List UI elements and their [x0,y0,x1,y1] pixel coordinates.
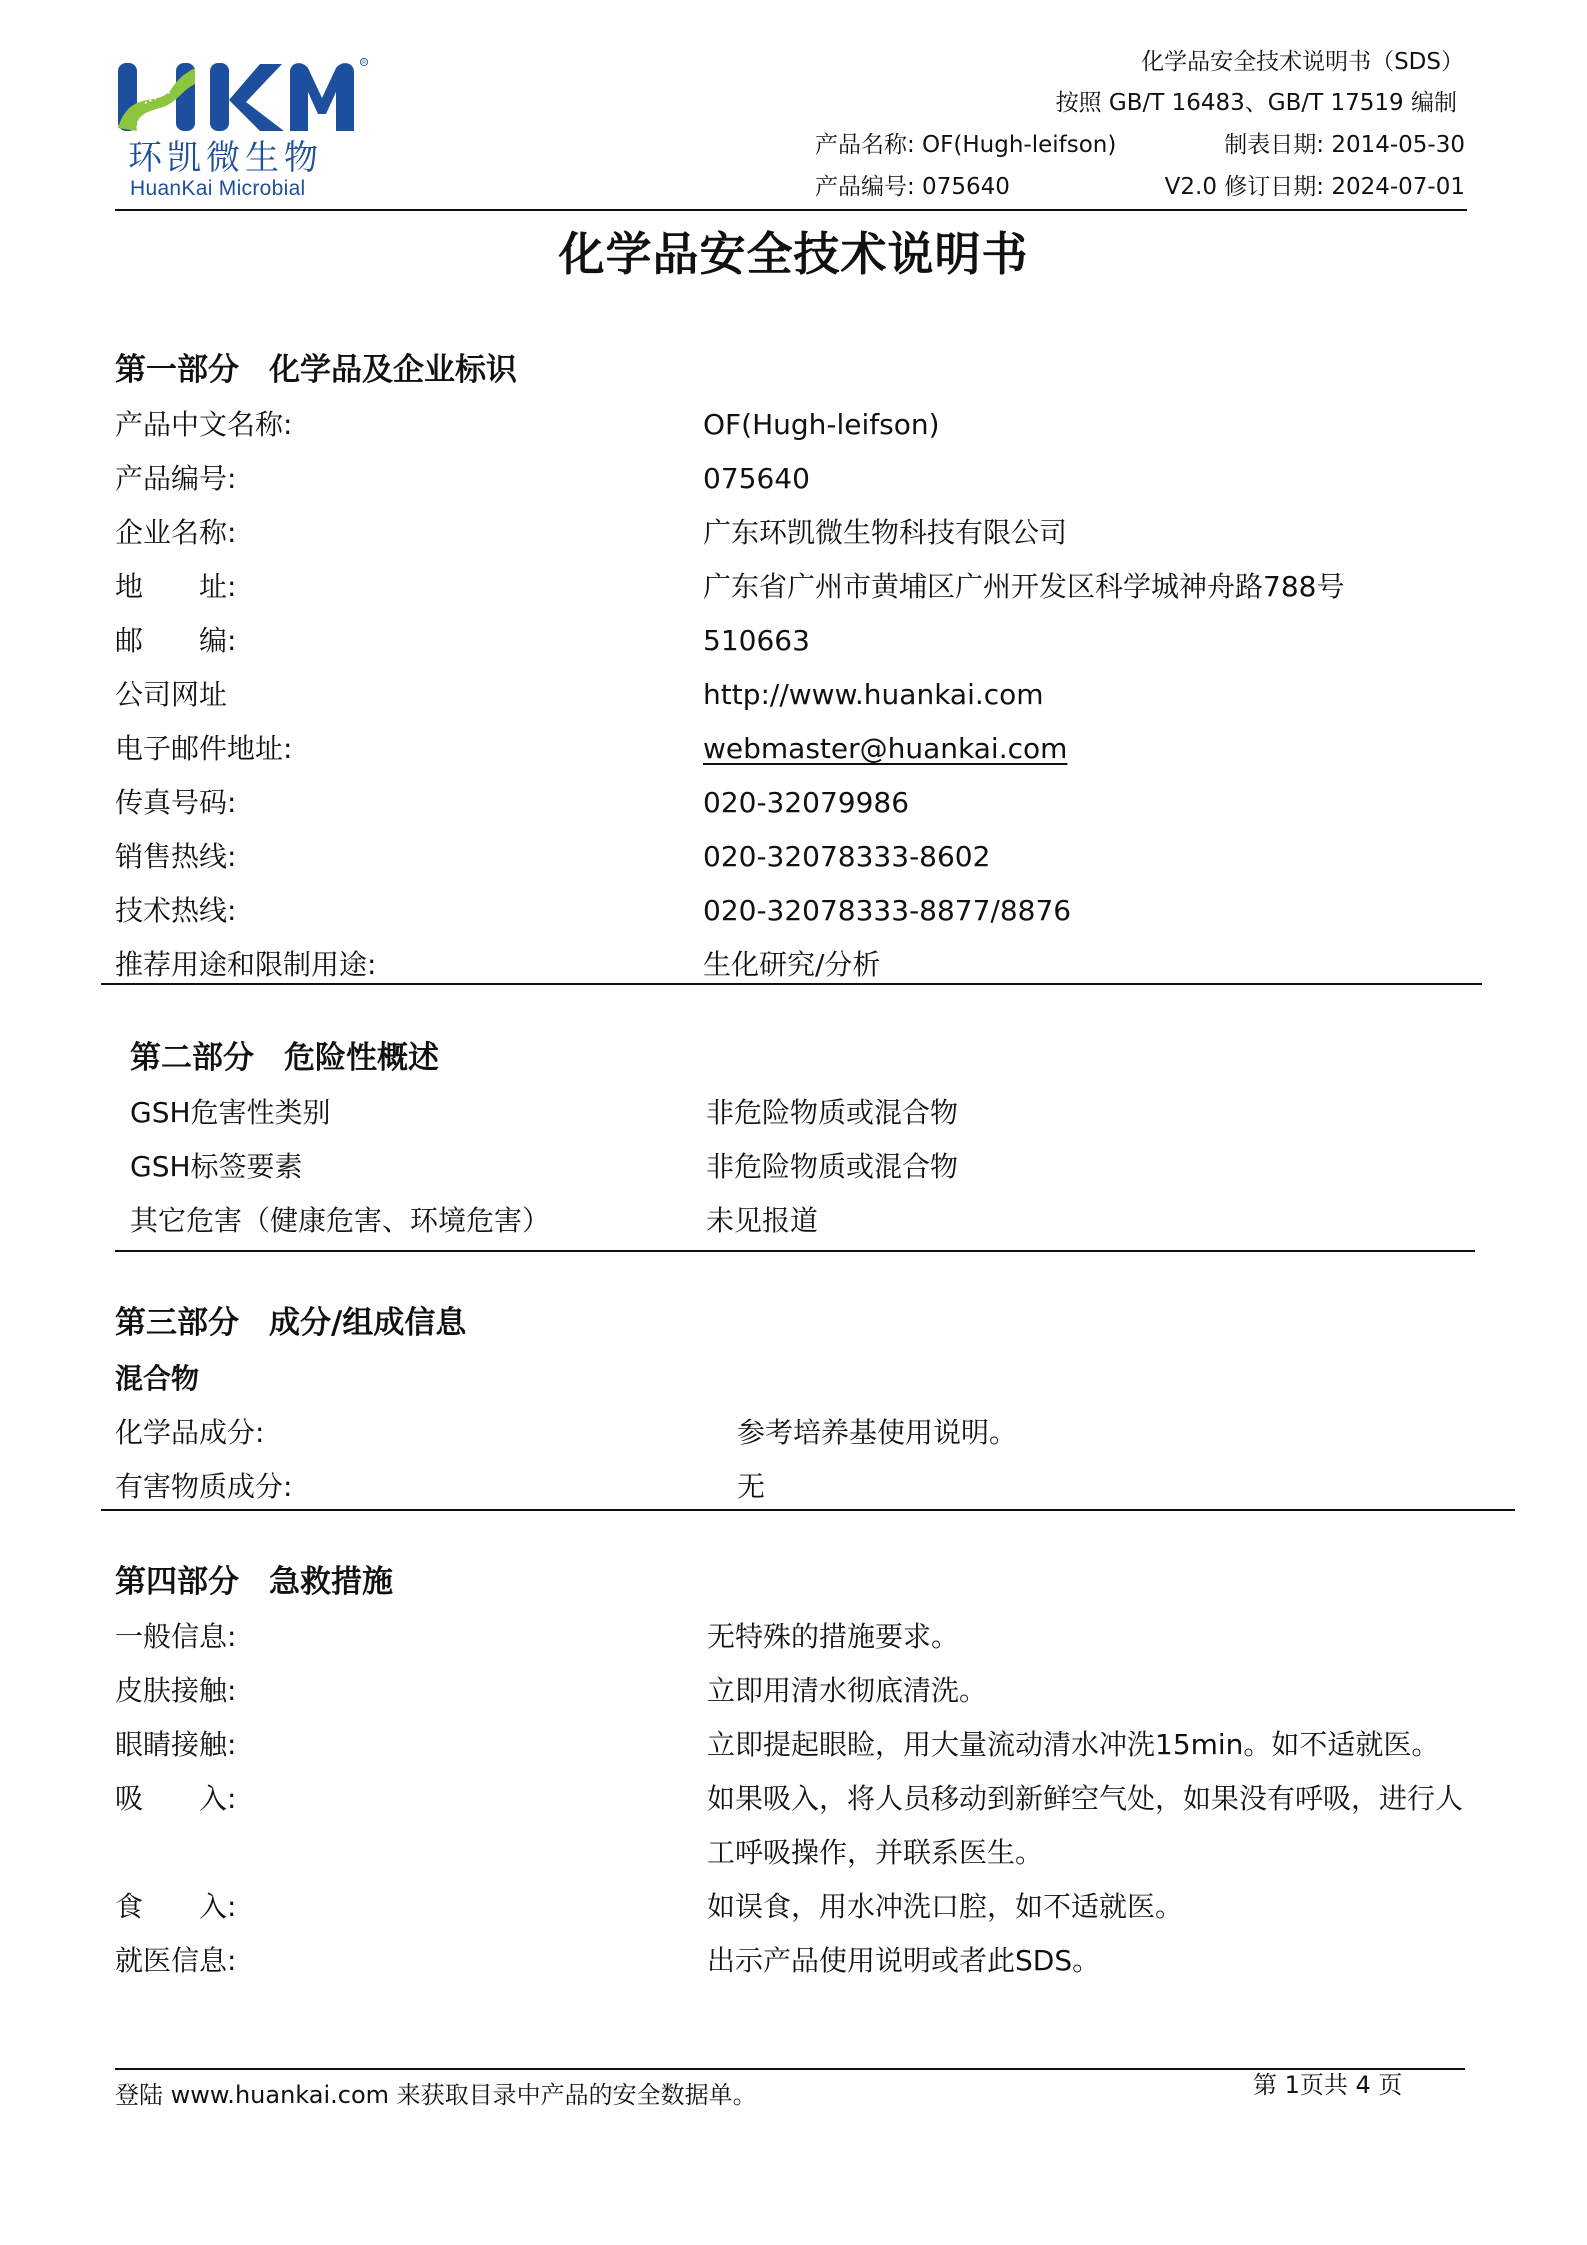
header-created-date: 制表日期: 2014-05-30 [1224,131,1465,159]
company-logo: R 环凯微生物 HuanKai Microbial [110,58,400,203]
row-label: 吸 入: [115,1782,236,1816]
section-3-part: 第三部分 [115,1305,239,1341]
section-1-part: 第一部分 [115,352,239,388]
row-value: OF(Hugh-leifson) [703,408,940,442]
row-value: 如果吸入，将人员移动到新鲜空气处，如果没有呼吸，进行人 [707,1782,1463,1816]
page-counter: 第 1页共 4 页 [1253,2070,1402,2100]
header-standard: 按照 GB/T 16483、GB/T 17519 编制 [1056,89,1457,117]
row-label: 推荐用途和限制用途: [115,948,376,982]
row-value: 020-32079986 [703,786,909,820]
row-value: 立即用清水彻底清洗。 [707,1674,987,1708]
row-label: 电子邮件地址: [115,732,292,766]
row-label: 化学品成分: [115,1416,264,1450]
row-value: 020-32078333-8877/8876 [703,894,1071,928]
row-label: 技术热线: [115,894,236,928]
logo-english-name: HuanKai Microbial [130,178,306,200]
row-value: 广东环凯微生物科技有限公司 [703,516,1067,550]
row-value: 参考培养基使用说明。 [737,1416,1017,1450]
website-link[interactable]: http://www.huankai.com [703,678,1044,712]
header-product-name: 产品名称: OF(Hugh-leifson) [815,131,1116,159]
row-label: 传真号码: [115,786,236,820]
section-3-divider [101,1509,1515,1511]
row-label: 眼睛接触: [115,1728,236,1762]
row-value: 生化研究/分析 [703,948,880,982]
row-value: 未见报道 [706,1204,818,1238]
row-value: 出示产品使用说明或者此SDS。 [707,1944,1100,1978]
header-doc-type: 化学品安全技术说明书（SDS） [1141,48,1464,76]
row-value: 075640 [703,462,810,496]
section-4-heading: 第四部分急救措施 [115,1563,393,1601]
section-2-divider [115,1250,1475,1252]
header-divider [115,209,1467,211]
section-4-part: 第四部分 [115,1564,239,1600]
row-value: 510663 [703,624,810,658]
row-value: 立即提起眼睑，用大量流动清水冲洗15min。如不适就医。 [707,1728,1439,1762]
section-2-title: 危险性概述 [284,1040,439,1076]
document-title: 化学品安全技术说明书 [0,226,1587,282]
row-label: 食 入: [115,1890,236,1924]
row-value: 无特殊的措施要求。 [707,1620,959,1654]
section-1-heading: 第一部分化学品及企业标识 [115,351,517,389]
section-2-heading: 第二部分危险性概述 [130,1039,439,1077]
svg-text:R: R [362,60,366,66]
row-value: 非危险物质或混合物 [706,1150,958,1184]
row-label: 就医信息: [115,1944,236,1978]
row-label: 公司网址 [115,678,227,712]
section-3-heading: 第三部分成分/组成信息 [115,1304,466,1342]
header-revision: V2.0 修订日期: 2024-07-01 [1165,173,1465,201]
row-label: GSH标签要素 [130,1150,303,1184]
row-label: 企业名称: [115,516,236,550]
row-label: 皮肤接触: [115,1674,236,1708]
row-label: 有害物质成分: [115,1470,292,1504]
row-value-continuation: 工呼吸操作，并联系医生。 [707,1836,1043,1870]
footer-note: 登陆 www.huankai.com 来获取目录中产品的安全数据单。 [115,2080,757,2110]
hkm-logo-mark-icon: R [110,58,400,138]
row-label: GSH危害性类别 [130,1096,331,1130]
row-label: 其它危害（健康危害、环境危害） [130,1204,550,1238]
section-3-subheading: 混合物 [115,1360,199,1398]
logo-chinese-name: 环凯微生物 [128,138,323,178]
section-1-divider [101,983,1482,985]
row-label: 产品编号: [115,462,236,496]
row-label: 地 址: [115,570,236,604]
row-value: 如误食，用水冲洗口腔，如不适就医。 [707,1890,1183,1924]
section-4-title: 急救措施 [269,1564,393,1600]
row-value: 无 [737,1470,765,1504]
row-value: 广东省广州市黄埔区广州开发区科学城神舟路788号 [703,570,1344,604]
section-2-part: 第二部分 [130,1040,254,1076]
section-1-title: 化学品及企业标识 [269,352,517,388]
row-label: 一般信息: [115,1620,236,1654]
row-label: 销售热线: [115,840,236,874]
row-value: 非危险物质或混合物 [706,1096,958,1130]
row-label: 产品中文名称: [115,408,292,442]
email-link[interactable]: webmaster@huankai.com [703,732,1067,766]
row-value: 020-32078333-8602 [703,840,990,874]
section-3-title: 成分/组成信息 [269,1305,466,1341]
header-product-code: 产品编号: 075640 [815,173,1010,201]
row-label: 邮 编: [115,624,236,658]
